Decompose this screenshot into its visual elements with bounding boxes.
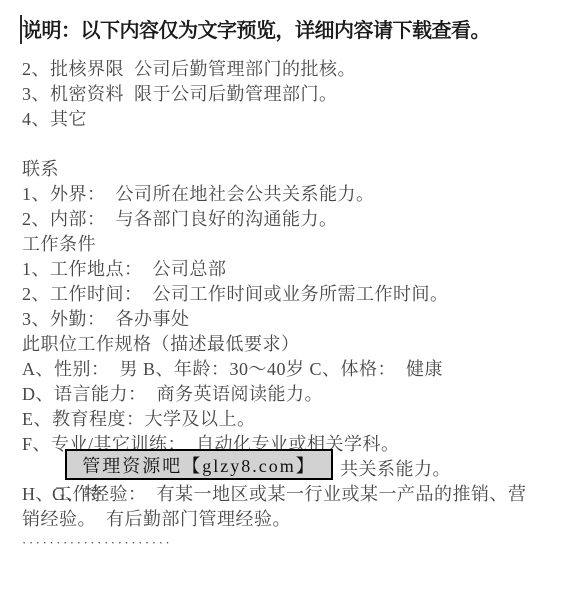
ellipsis-dots-line: ······················ (22, 532, 578, 557)
text-line: 2、批核界限 公司后勤管理部门的批核。 (22, 57, 578, 82)
text-line: 3、外勤： 各办事处 (22, 307, 578, 332)
text-line: 2、内部： 与各部门良好的沟通能力。 (22, 207, 578, 232)
text-line: A、性别： 男 B、年龄：30～40岁 C、体格： 健康 (22, 357, 578, 382)
text-line: 1、工作地点： 公司总部 (22, 257, 578, 282)
section-heading-job-spec: 此职位工作规格（描述最低要求） (22, 332, 578, 357)
text-line: H、工作经验： 有某一地区或某一行业或某一产品的推销、营 (22, 482, 578, 507)
section-heading-work-conditions: 工作条件 (22, 232, 578, 257)
text-line: 4、其它 (22, 107, 578, 132)
g-line-left-fragment: G、特 (52, 484, 103, 504)
section-heading-contacts: 联系 (22, 157, 578, 182)
text-line: 销经验。 有后勤部门管理经验。 (22, 507, 578, 532)
blank-line (22, 132, 578, 157)
g-line-right-fragment: 共关系能力。 (340, 457, 451, 482)
text-line: D、语言能力： 商务英语阅读能力。 (22, 382, 578, 407)
document-preview-page: 说明：以下内容仅为文字预览，详细内容请下载查看。 2、批核界限 公司后勤管理部门… (0, 0, 578, 600)
preview-notice-heading: 说明：以下内容仅为文字预览，详细内容请下载查看。 (22, 14, 490, 43)
text-line: 2、工作时间： 公司工作时间或业务所需工作时间。 (22, 282, 578, 307)
watermark-site-label: 管理资源吧【glzy8.com】 (82, 452, 315, 478)
watermark-box: 管理资源吧【glzy8.com】 (65, 449, 333, 480)
text-line: 3、机密资料 限于公司后勤管理部门。 (22, 82, 578, 107)
document-body: 2、批核界限 公司后勤管理部门的批核。 3、机密资料 限于公司后勤管理部门。 4… (22, 57, 578, 557)
text-line: E、教育程度：大学及以上。 (22, 407, 578, 432)
text-line: 1、外界： 公司所在地社会公共关系能力。 (22, 182, 578, 207)
